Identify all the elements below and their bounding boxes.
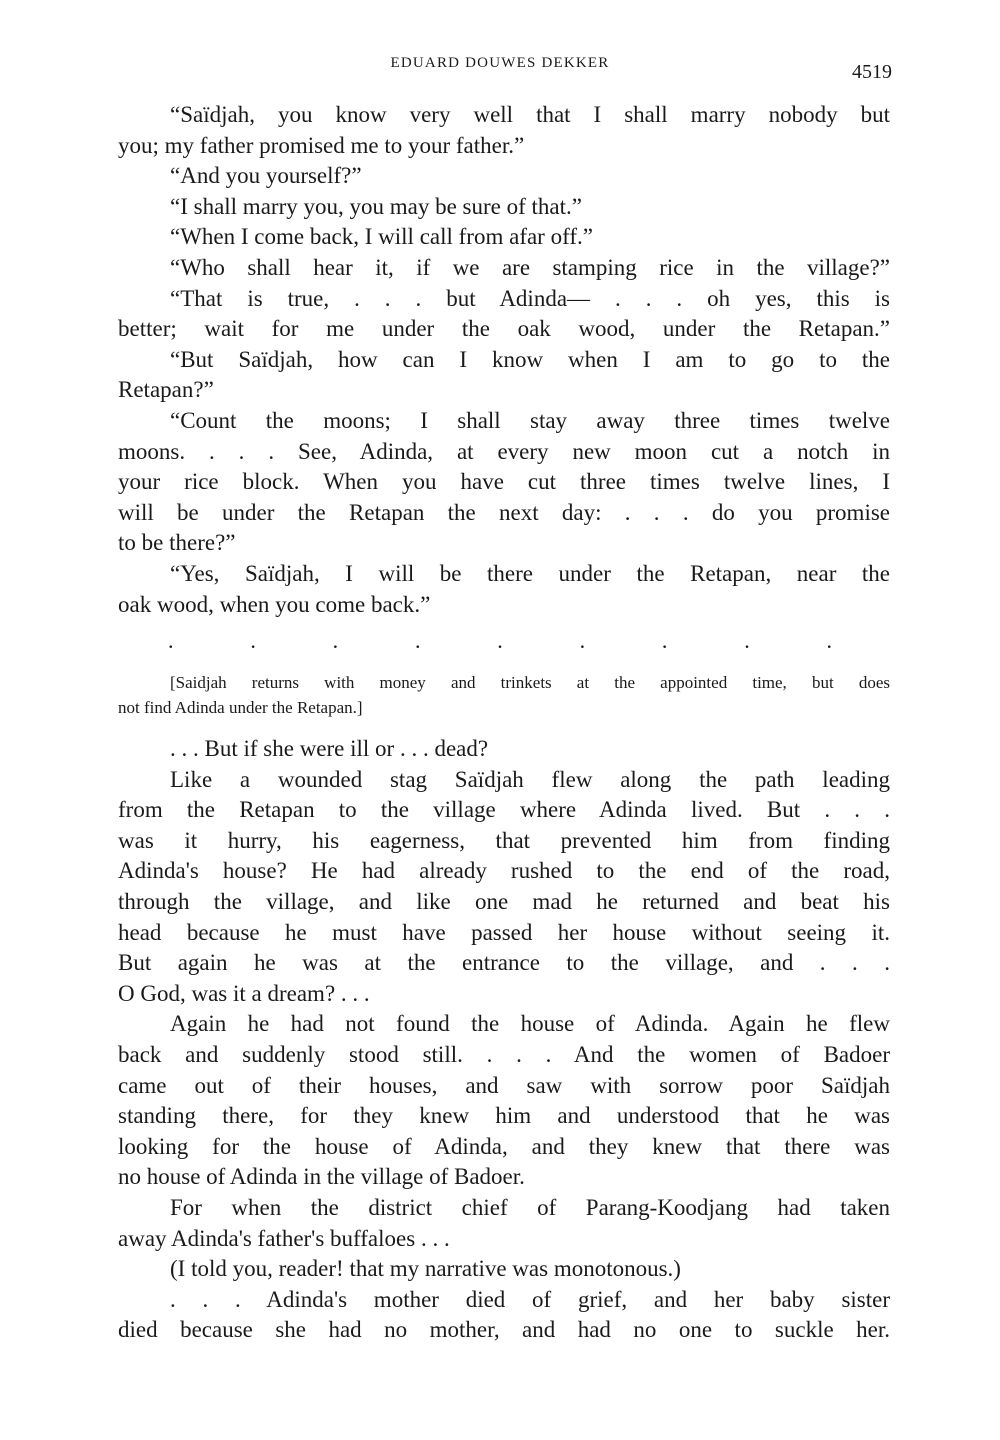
text-line: O God, was it a dream? . . .: [118, 979, 890, 1010]
text-line: not find Adinda under the Retapan.]: [118, 695, 890, 720]
narrative-section: . . . But if she were ill or . . . dead?…: [118, 734, 890, 1346]
text-line: Again he had not found the house of Adin…: [118, 1009, 890, 1040]
text-line: no house of Adinda in the village of Bad…: [118, 1162, 890, 1193]
text-line: “Who shall hear it, if we are stamping r…: [118, 253, 890, 284]
text-line: “Count the moons; I shall stay away thre…: [118, 406, 890, 437]
text-line: away Adinda's father's buffaloes . . .: [118, 1224, 890, 1255]
text-line: . . . Adinda's mother died of grief, and…: [118, 1285, 890, 1316]
running-head: EDUARD DOUWES DEKKER: [0, 55, 1000, 72]
text-line: back and suddenly stood still. . . . And…: [118, 1040, 890, 1071]
separator-dot: .: [580, 626, 586, 656]
separator-dot: .: [497, 626, 503, 656]
text-line: head because he must have passed her hou…: [118, 918, 890, 949]
separator-dot: .: [250, 626, 256, 656]
text-line: Retapan?”: [118, 375, 890, 406]
separator-dot: .: [744, 626, 750, 656]
text-line: “And you yourself?”: [118, 161, 890, 192]
page-number: 4519: [852, 61, 892, 84]
text-line: to be there?”: [118, 528, 890, 559]
text-line: looking for the house of Adinda, and the…: [118, 1132, 890, 1163]
text-line: your rice block. When you have cut three…: [118, 467, 890, 498]
text-line: moons. . . . See, Adinda, at every new m…: [118, 437, 890, 468]
page-header: EDUARD DOUWES DEKKER 4519: [0, 55, 1000, 85]
text-line: “Yes, Saïdjah, I will be there under the…: [118, 559, 890, 590]
text-line: better; wait for me under the oak wood, …: [118, 314, 890, 345]
section-separator: .........: [118, 626, 890, 656]
text-line: . . . But if she were ill or . . . dead?: [118, 734, 890, 765]
separator-dot: .: [333, 626, 339, 656]
text-line: “I shall marry you, you may be sure of t…: [118, 192, 890, 223]
separator-dot: .: [415, 626, 421, 656]
dialogue-section: “Saïdjah, you know very well that I shal…: [118, 100, 890, 620]
text-line: (I told you, reader! that my narrative w…: [118, 1254, 890, 1285]
text-line: “That is true, . . . but Adinda— . . . o…: [118, 284, 890, 315]
text-line: will be under the Retapan the next day: …: [118, 498, 890, 529]
text-line: “When I come back, I will call from afar…: [118, 222, 890, 253]
page-body: “Saïdjah, you know very well that I shal…: [118, 100, 890, 1346]
text-line: from the Retapan to the village where Ad…: [118, 795, 890, 826]
text-line: standing there, for they knew him and un…: [118, 1101, 890, 1132]
text-line: [Saidjah returns with money and trinkets…: [118, 670, 890, 695]
text-line: For when the district chief of Parang-Ko…: [118, 1193, 890, 1224]
text-line: oak wood, when you come back.”: [118, 590, 890, 621]
separator-dot: .: [168, 626, 174, 656]
editorial-note: [Saidjah returns with money and trinkets…: [118, 670, 890, 720]
text-line: was it hurry, his eagerness, that preven…: [118, 826, 890, 857]
text-line: came out of their houses, and saw with s…: [118, 1071, 890, 1102]
text-line: died because she had no mother, and had …: [118, 1315, 890, 1346]
text-line: you; my father promised me to your fathe…: [118, 131, 890, 162]
text-line: through the village, and like one mad he…: [118, 887, 890, 918]
separator-dot: .: [827, 626, 833, 656]
separator-dot: .: [662, 626, 668, 656]
text-line: “Saïdjah, you know very well that I shal…: [118, 100, 890, 131]
text-line: Adinda's house? He had already rushed to…: [118, 856, 890, 887]
text-line: Like a wounded stag Saïdjah flew along t…: [118, 765, 890, 796]
text-line: But again he was at the entrance to the …: [118, 948, 890, 979]
text-line: “But Saïdjah, how can I know when I am t…: [118, 345, 890, 376]
